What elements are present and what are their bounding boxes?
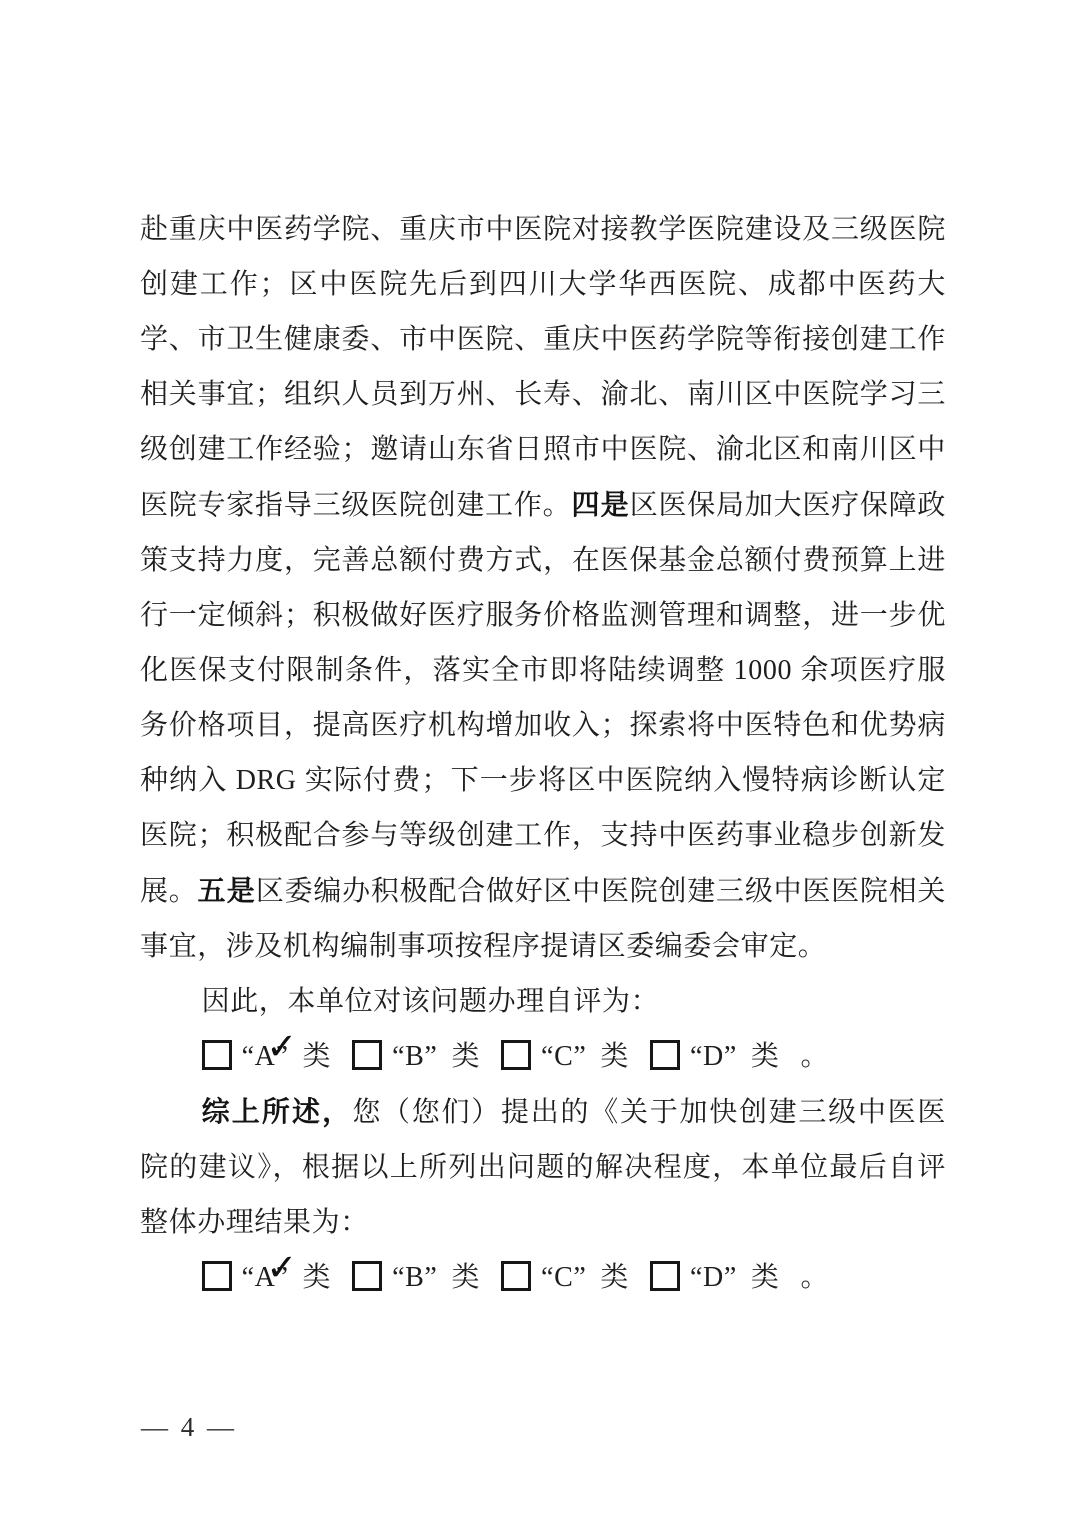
checkbox-checked-icon: ✓ xyxy=(202,1261,232,1291)
rating-option-category: 类 xyxy=(600,1041,629,1072)
rating-option-b: “B”类 xyxy=(352,1041,501,1072)
rating-terminator: 。 xyxy=(801,1262,830,1293)
paragraph-continuation: 赴重庆中医药学院、重庆市中医院对接教学医院建设及三级医院创建工作；区中医院先后到… xyxy=(140,202,946,974)
rating-option-c: “C”类 xyxy=(501,1262,650,1293)
document-body: 赴重庆中医药学院、重庆市中医院对接教学医院建设及三级医院创建工作；区中医院先后到… xyxy=(140,202,946,1305)
rating-option-category: 类 xyxy=(302,1262,331,1293)
checkbox-unchecked-icon xyxy=(352,1040,382,1070)
rating-option-label: “C” xyxy=(541,1262,586,1293)
checkbox-checked-icon: ✓ xyxy=(202,1040,232,1070)
rating-option-category: 类 xyxy=(751,1041,780,1072)
rating-option-category: 类 xyxy=(751,1262,780,1293)
checkbox-unchecked-icon xyxy=(352,1261,382,1291)
rating-option-category: 类 xyxy=(600,1262,629,1293)
rating-option-category: 类 xyxy=(451,1041,480,1072)
emphasis-item-five: 五是 xyxy=(198,875,256,906)
rating-option-label: “B” xyxy=(392,1041,437,1072)
check-mark-icon: ✓ xyxy=(205,1028,298,1065)
paragraph-summary: 综上所述，您（您们）提出的《关于加快创建三级中医医院的建议》，根据以上所列出问题… xyxy=(140,1084,946,1250)
page-number: — 4 — xyxy=(141,1412,237,1443)
checkbox-unchecked-icon xyxy=(501,1261,531,1291)
checkbox-unchecked-icon xyxy=(501,1040,531,1070)
rating-option-a: ✓“A”类 xyxy=(202,1262,353,1293)
checkbox-unchecked-icon xyxy=(650,1261,680,1291)
rating-row-overall: ✓“A”类“B”类“C”类“D”类。 xyxy=(140,1250,946,1305)
rating-row-question: ✓“A”类“B”类“C”类“D”类。 xyxy=(140,1029,946,1084)
rating-option-a: ✓“A”类 xyxy=(202,1041,353,1072)
rating-option-label: “D” xyxy=(690,1041,737,1072)
checkbox-unchecked-icon xyxy=(650,1040,680,1070)
paragraph-continuation-text-2: 区医保局加大医疗保障政策支持力度，完善总额付费方式，在医保基金总额付费预算上进行… xyxy=(140,490,946,907)
paragraph-self-evaluation: 因此，本单位对该问题办理自评为： xyxy=(140,974,946,1029)
paragraph-continuation-text-3: 区委编办积极配合做好区中医院创建三级中医医院相关事宜，涉及机构编制事项按程序提请… xyxy=(140,876,946,962)
rating-terminator: 。 xyxy=(801,1041,830,1072)
summary-lead-emphasis: 综上所述， xyxy=(202,1096,353,1127)
rating-option-d: “D”类 xyxy=(650,1262,801,1293)
rating-option-c: “C”类 xyxy=(501,1041,650,1072)
rating-option-label: “D” xyxy=(690,1262,737,1293)
document-page: 赴重庆中医药学院、重庆市中医院对接教学医院建设及三级医院创建工作；区中医院先后到… xyxy=(0,0,1074,1520)
rating-option-d: “D”类 xyxy=(650,1041,801,1072)
rating-option-label: “C” xyxy=(541,1041,586,1072)
rating-option-b: “B”类 xyxy=(352,1262,501,1293)
rating-option-label: “B” xyxy=(392,1262,437,1293)
emphasis-item-four: 四是 xyxy=(571,489,629,520)
rating-option-category: 类 xyxy=(451,1262,480,1293)
rating-option-category: 类 xyxy=(302,1041,331,1072)
paragraph-continuation-text-1: 赴重庆中医药学院、重庆市中医院对接教学医院建设及三级医院创建工作；区中医院先后到… xyxy=(140,214,946,521)
check-mark-icon: ✓ xyxy=(205,1249,298,1286)
